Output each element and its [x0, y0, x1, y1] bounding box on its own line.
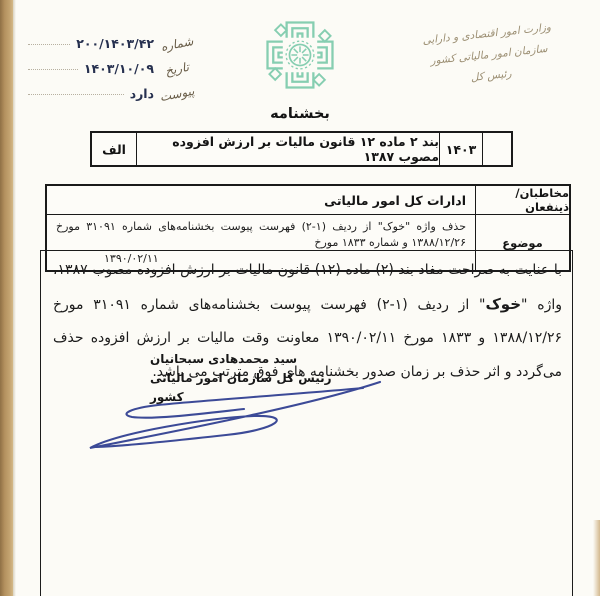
letter-date-value: ۱۴۰۳/۱۰/۰۹ [84, 61, 154, 76]
classification-table: ۱۴۰۳ بند ۲ ماده ۱۲ قانون مالیات بر ارزش … [90, 131, 513, 167]
stamp-row-date: ۱۴۰۳/۱۰/۰۹ تاریخ [28, 51, 200, 76]
serial-cell [482, 133, 511, 165]
signature-ink-icon [58, 372, 388, 464]
dotted-line [28, 44, 70, 45]
scan-left-edge [0, 0, 13, 596]
reference-stamp-block: ۲۰۰/۱۴۰۳/۴۲ شماره ۱۴۰۳/۱۰/۰۹ تاریخ دارد … [28, 26, 200, 101]
classification-cell: الف [92, 133, 136, 165]
audience-label: مخاطبان/ ذینفعان [475, 186, 569, 214]
attachment-value: دارد [130, 86, 154, 101]
audience-value: ادارات کل امور مالیاتی [47, 186, 475, 214]
signer-name: سید محمدهادی سبحانیان [150, 350, 333, 369]
stamp-row-number: ۲۰۰/۱۴۰۳/۴۲ شماره [28, 26, 200, 51]
letterhead-block: وزارت امور اقتصادی و دارایی سازمان امور … [411, 16, 567, 94]
legal-reference-cell: بند ۲ ماده ۱۲ قانون مالیات بر ارزش افزود… [136, 133, 439, 165]
body-bold-word: خوک [485, 295, 521, 313]
stamp-row-attachment: دارد پیوست [28, 76, 200, 101]
document-type-title: بخشنامه [0, 106, 600, 122]
dotted-line [28, 94, 124, 95]
audience-row: مخاطبان/ ذینفعان ادارات کل امور مالیاتی [47, 186, 569, 214]
dotted-line [28, 69, 78, 70]
scan-corner-sliver [593, 520, 600, 596]
scanned-circular-page: ۲۰۰/۱۴۰۳/۴۲ شماره ۱۴۰۳/۱۰/۰۹ تاریخ دارد … [0, 0, 600, 596]
tax-organization-logo-icon [257, 12, 343, 98]
attachment-label: پیوست [153, 83, 201, 106]
letter-number-value: ۲۰۰/۱۴۰۳/۴۲ [76, 36, 154, 51]
subject-line-1: حذف واژه "خوک" از ردیف (۱-۲) فهرست پیوست… [56, 219, 466, 251]
paper-edge-shadow [13, 0, 16, 596]
year-cell: ۱۴۰۳ [439, 133, 482, 165]
